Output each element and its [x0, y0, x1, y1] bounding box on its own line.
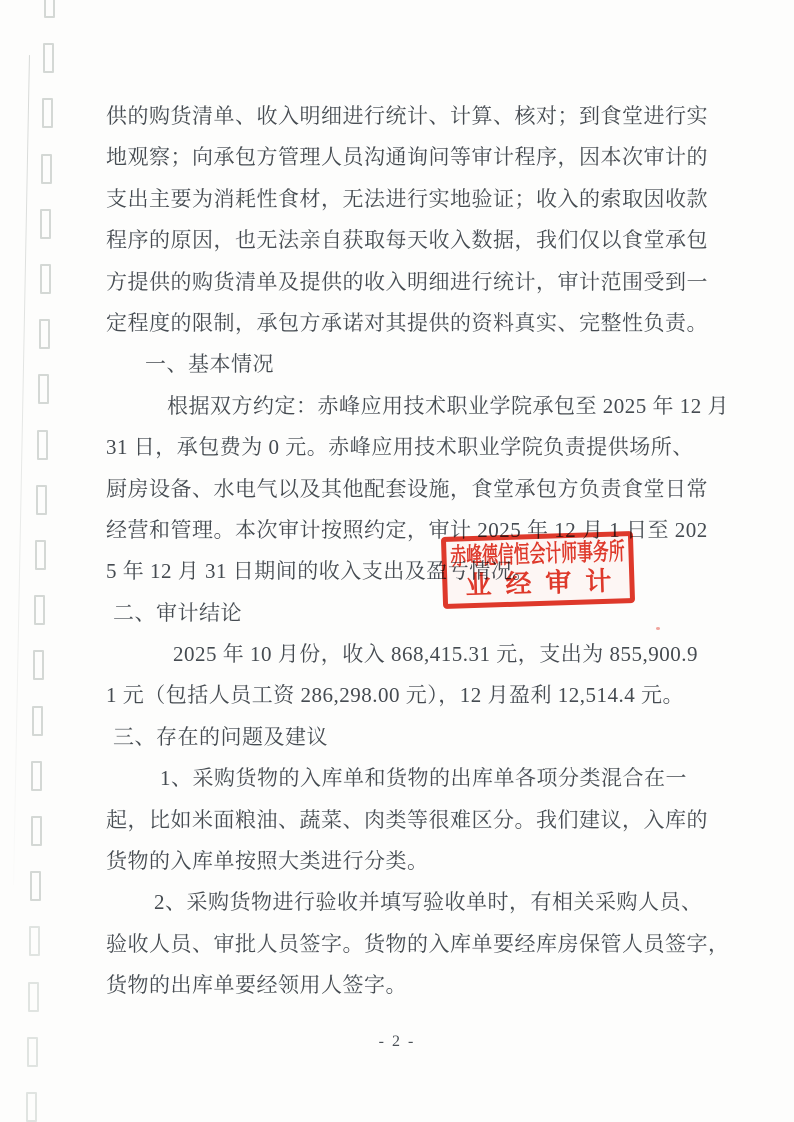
binding-hole	[39, 319, 50, 349]
binding-hole	[44, 0, 55, 18]
text-line: 程序的原因，也无法亲自获取每天收入数据，我们仅以食堂承包	[106, 220, 712, 261]
scanned-document-page: 供的购货清单、收入明细进行统计、计算、核对；到食堂进行实地观察；向承包方管理人员…	[0, 0, 794, 1122]
text-line: 方提供的购货清单及提供的收入明细进行统计，审计范围受到一	[106, 262, 712, 303]
stamp-office-name: 赤峰德信恒会计师事务所	[450, 539, 625, 570]
binding-hole	[30, 871, 41, 901]
text-line: 2025 年 10 月份，收入 868,415.31 元，支出为 855,900…	[106, 634, 712, 675]
binding-hole	[28, 982, 39, 1012]
text-line: 2、采购货物进行验收并填写验收单时，有相关采购人员、	[106, 882, 712, 923]
binding-hole	[42, 98, 53, 128]
text-line: 货物的入库单按照大类进行分类。	[106, 841, 712, 882]
binding-hole	[32, 706, 43, 736]
text-line: 起，比如米面粮油、蔬菜、肉类等很难区分。我们建议，入库的	[106, 800, 712, 841]
text-line: 根据双方约定：赤峰应用技术职业学院承包至 2025 年 12 月	[106, 386, 712, 427]
page-edge-shadow	[13, 55, 30, 885]
binding-hole	[34, 595, 45, 625]
text-line: 1、采购货物的入库单和货物的出库单各项分类混合在一	[106, 758, 712, 799]
binding-hole	[41, 154, 52, 184]
binding-hole	[35, 540, 46, 570]
text-line: 支出主要为消耗性食材，无法进行实地验证；收入的索取因收款	[106, 179, 712, 220]
page-number: - 2 -	[0, 1033, 794, 1051]
binding-hole	[40, 264, 51, 294]
binding-hole	[31, 761, 42, 791]
text-line: 货物的出库单要经领用人签字。	[106, 965, 712, 1006]
stamp-caption: 业经审计	[451, 568, 626, 601]
text-line: 厨房设备、水电气以及其他配套设施，食堂承包方负责食堂日常	[106, 469, 712, 510]
binding-hole	[37, 430, 48, 460]
binding-hole	[38, 374, 49, 404]
binding-hole	[33, 650, 44, 680]
text-line: 1 元（包括人员工资 286,298.00 元），12 月盈利 12,514.4…	[106, 675, 712, 716]
binding-hole	[40, 209, 51, 239]
audit-stamp: 赤峰德信恒会计师事务所 业经审计	[441, 531, 635, 609]
binding-hole	[29, 926, 40, 956]
text-line: 定程度的限制，承包方承诺对其提供的资料真实、完整性负责。	[106, 303, 712, 344]
binding-hole	[26, 1092, 37, 1122]
text-line: 三、存在的问题及建议	[106, 717, 712, 758]
text-line: 验收人员、审批人员签字。货物的入库单要经库房保管人员签字，	[106, 924, 712, 965]
binding-hole	[31, 816, 42, 846]
stamp-ink-speck	[656, 627, 660, 630]
text-line: 一、基本情况	[106, 344, 712, 385]
text-line: 供的购货清单、收入明细进行统计、计算、核对；到食堂进行实	[106, 96, 712, 137]
text-line: 地观察；向承包方管理人员沟通询问等审计程序，因本次审计的	[106, 137, 712, 178]
binding-hole	[43, 43, 54, 73]
binding-hole	[36, 485, 47, 515]
text-line: 31 日，承包费为 0 元。赤峰应用技术职业学院负责提供场所、	[106, 427, 712, 468]
